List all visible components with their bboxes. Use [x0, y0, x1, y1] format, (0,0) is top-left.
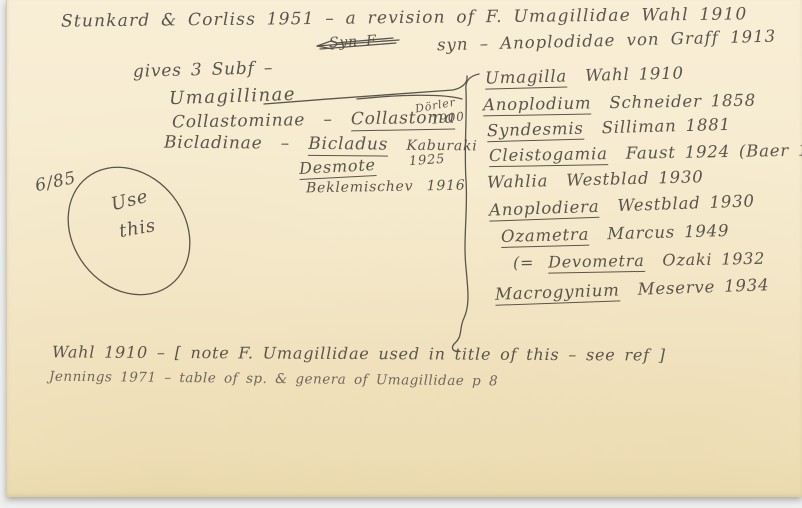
subfamily-row-umagillinae: Umagillinae — [169, 84, 297, 109]
genus-authority: Schneider 1858 — [609, 91, 756, 113]
genus-name: Umagilla — [485, 66, 568, 89]
genus-year: 1925 — [409, 152, 446, 169]
genus-authority: Silliman 1881 — [601, 115, 731, 137]
genus-name: Macrogynium — [495, 280, 620, 305]
scanned-page: Stunkard & Corliss 1951 – a revision of … — [0, 0, 802, 508]
circled-note-word1: Use — [109, 186, 150, 215]
genus-row: Ozametra Marcus 1949 — [501, 221, 730, 246]
genus-authority: Faust 1924 (Baer 1933) — [626, 140, 802, 163]
subfamily-row-collastominae: Collastominae – Collastoma — [172, 108, 456, 133]
genus-name: Wahlia — [487, 171, 549, 192]
genus-name: Cleistogamia — [489, 144, 608, 167]
wahl-reference-note: Wahl 1910 – [ note F. Umagillidae used i… — [52, 342, 666, 364]
genus-name: Desmote — [299, 155, 377, 180]
genus-authority: Westblad 1930 — [617, 191, 755, 215]
dash: – — [323, 110, 333, 130]
index-card: Stunkard & Corliss 1951 – a revision of … — [6, 0, 802, 497]
genus-authority: Ozaki 1932 — [662, 249, 765, 270]
genus-authority: Marcus 1949 — [607, 221, 729, 243]
genus-authority: Wahl 1910 — [585, 63, 684, 85]
synonym-line: syn – Anoplodidae von Graff 1913 — [437, 27, 777, 55]
genus-year: 1900 — [430, 109, 465, 126]
genus-name: Anoplodiera — [489, 197, 600, 222]
genus-authority: Beklemischev — [306, 179, 414, 197]
genus-row: Cleistogamia Faust 1924 (Baer 1933) — [489, 140, 802, 165]
jennings-reference-note: Jennings 1971 – table of sp. & genera of… — [49, 369, 498, 390]
genus-row: Anoplodium Schneider 1858 — [483, 91, 756, 115]
dash: – — [281, 134, 290, 154]
genus-row: Wahlia Westblad 1930 — [487, 167, 704, 192]
title-line: Stunkard & Corliss 1951 – a revision of … — [61, 4, 748, 31]
genus-name: Devometra — [548, 251, 645, 274]
genus-row: Syndesmis Silliman 1881 — [487, 115, 731, 140]
subfamily-name: Bicladinae — [164, 133, 263, 154]
genus-authority: Meserve 1934 — [637, 275, 769, 299]
genus-authority-year: Beklemischev 1916 — [306, 178, 466, 197]
subfamily-name: Umagillinae — [169, 84, 297, 109]
genus-row: Anoplodiera Westblad 1930 — [489, 191, 755, 219]
subfamily-name: Collastominae — [172, 110, 305, 132]
genus-authority: Westblad 1930 — [566, 167, 704, 190]
genus-name: Anoplodium — [483, 93, 592, 116]
scratched-word: Syn F — [329, 33, 377, 51]
subfamilies-heading: gives 3 Subf – — [133, 58, 274, 82]
genus-name: Bicladus — [308, 134, 388, 157]
circled-note-word2: this — [117, 215, 157, 242]
genus-row-desmote: Desmote — [299, 155, 377, 178]
genus-name: Ozametra — [501, 225, 590, 248]
genus-name: Syndesmis — [487, 119, 584, 143]
genus-row: Umagilla Wahl 1910 — [485, 63, 684, 87]
genus-row-synonym: (= Devometra Ozaki 1932 — [513, 249, 765, 272]
date-note: 6/85 — [33, 168, 78, 196]
genus-row: Macrogynium Meserve 1934 — [495, 275, 770, 304]
synonym-prefix: (= — [513, 253, 535, 272]
genus-year: 1916 — [427, 178, 466, 195]
